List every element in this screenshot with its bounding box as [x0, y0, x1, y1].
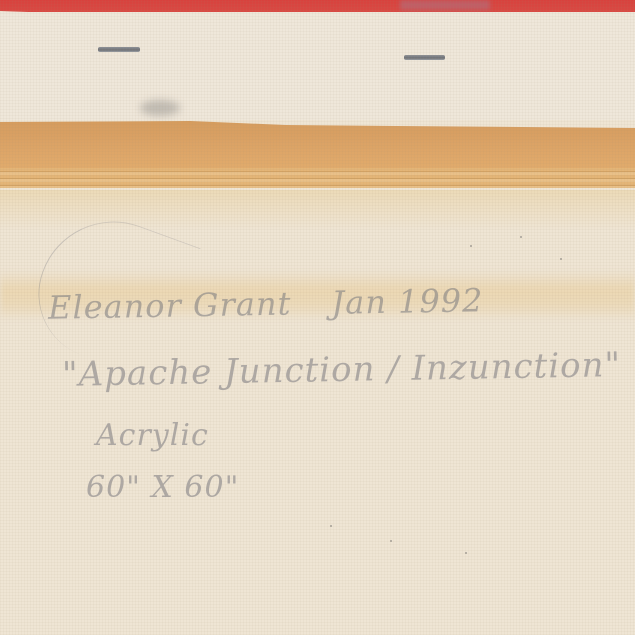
artist-signature: Eleanor Grant [48, 285, 292, 327]
dust-speck [470, 245, 472, 247]
inscription-dimensions: 60" X 60" [86, 470, 239, 505]
graphite-smudge [140, 100, 180, 116]
dust-speck [520, 236, 522, 238]
dust-speck [560, 258, 562, 260]
canvas-flap [0, 12, 635, 120]
dust-speck [330, 525, 332, 527]
inscription-title: "Apache Junction / Inzunction" [62, 345, 622, 395]
inscription-medium: Acrylic [96, 418, 209, 453]
wooden-stretcher-bar [0, 118, 635, 168]
staple-right [404, 55, 445, 60]
paint-haze [400, 0, 490, 10]
stretcher-bar-edge [0, 168, 635, 188]
inscription-line-signature: Eleanor GrantJan 1992 [48, 281, 484, 327]
dust-speck [465, 552, 467, 554]
dust-speck [390, 540, 392, 542]
canvas-back-photo: Eleanor GrantJan 1992 "Apache Junction /… [0, 0, 635, 635]
inscription-date: Jan 1992 [331, 281, 484, 322]
staple-left [98, 47, 140, 52]
